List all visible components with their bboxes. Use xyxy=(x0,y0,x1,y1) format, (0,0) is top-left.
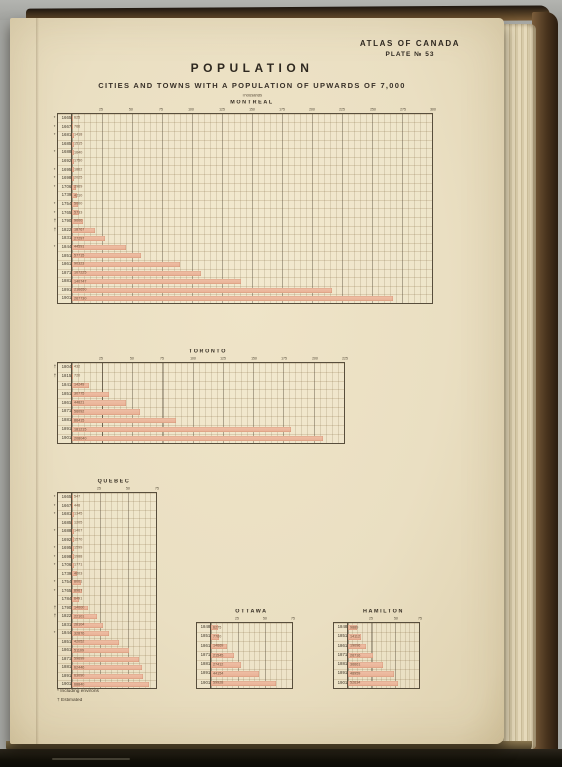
footnote-marker: † xyxy=(54,605,56,611)
axis-tick: 75 xyxy=(159,108,163,111)
population-bar xyxy=(72,288,332,293)
year-label: 1831. xyxy=(62,622,71,628)
year-label: 1848. xyxy=(201,624,210,631)
year-label: *1698. xyxy=(62,175,71,181)
year-label: *1681. xyxy=(62,511,71,517)
chart-row: 4603 xyxy=(72,570,156,579)
bar-value: 32876 xyxy=(74,632,84,636)
axis-tick: 250 xyxy=(370,108,376,111)
axis-tick: 100 xyxy=(189,108,195,111)
x-axis-ticks: 255075 xyxy=(71,486,157,492)
chart-row: 32876 xyxy=(72,629,156,638)
chart-row: 28104 xyxy=(72,621,156,630)
chart-row: 44591 xyxy=(72,243,432,252)
bar-value: 62446 xyxy=(74,666,84,670)
bar-value: 267730 xyxy=(74,297,86,301)
year-label: 1881. xyxy=(62,665,71,671)
population-bar xyxy=(72,418,176,423)
year-label: *1695. xyxy=(62,545,71,551)
bar-value: 1862 xyxy=(74,168,82,172)
bar-value: 42052 xyxy=(74,640,84,644)
bar-value: 44591 xyxy=(74,245,84,249)
year-label: 1851. xyxy=(62,639,71,645)
year-label: 1891. xyxy=(62,426,71,432)
bar-value: 6491 xyxy=(74,598,82,602)
bar-value: 86415 xyxy=(74,419,84,423)
bar-value: 216650 xyxy=(74,288,86,292)
bar-value: 14112 xyxy=(350,635,360,639)
chart-row: 86415 xyxy=(72,416,344,425)
axis-tick: 300 xyxy=(430,108,436,111)
bar-value: 36661 xyxy=(350,663,360,667)
year-label: *1681. xyxy=(62,132,71,138)
year-label: *1667. xyxy=(62,124,71,130)
axis-tick: 275 xyxy=(400,108,406,111)
bar-value: 4603 xyxy=(74,572,82,576)
footnote-marker: † xyxy=(54,364,56,370)
chart-row: 448 xyxy=(72,502,156,511)
footnote-environs: * Including environs xyxy=(57,689,99,694)
population-bar xyxy=(72,296,393,301)
chart-row: 766 xyxy=(72,123,432,132)
year-label: 1891. xyxy=(338,671,347,678)
year-label: 1831. xyxy=(62,236,71,242)
year-label: †1790. xyxy=(62,218,71,224)
chart-title: TORONTO xyxy=(85,349,332,355)
bar-value: 6275 xyxy=(213,626,221,630)
plate-header: ATLAS OF CANADA PLATE № 53 xyxy=(340,39,480,58)
bar-value: 140747 xyxy=(74,280,86,284)
footnote-marker: † xyxy=(54,373,56,379)
year-label: *1754. xyxy=(62,201,71,207)
year-label: *1844. xyxy=(62,244,71,250)
chart-row: 44154 xyxy=(211,670,292,679)
chart-row: 14669 xyxy=(211,642,292,651)
chart-row: 1771 xyxy=(72,561,156,570)
bar-value: 547 xyxy=(74,495,80,499)
chart-frame: 1848.1851.1861.1871.1881.1891.1901. 6275… xyxy=(196,622,293,689)
year-label: †1790. xyxy=(62,605,71,611)
year-label: 1851. xyxy=(338,634,347,641)
footnote-marker: * xyxy=(54,554,56,560)
bar-value: 448 xyxy=(74,504,80,508)
footnote-marker: * xyxy=(54,562,56,568)
footnote-marker: † xyxy=(54,227,56,233)
chart-row: 14000 xyxy=(72,604,156,613)
year-label: 1851. xyxy=(62,253,71,259)
bar-value: 8001 xyxy=(74,581,82,585)
year-label: 1685. xyxy=(62,141,71,147)
year-labels-column: 1848.1851.1861.1871.1881.1891.1901. xyxy=(334,623,348,688)
year-label: 1685. xyxy=(62,520,71,526)
chart-row: 51109 xyxy=(72,646,156,655)
chart-row: 1205 xyxy=(72,519,156,528)
footnote-marker: * xyxy=(54,244,56,250)
x-axis-ticks: 255075 xyxy=(347,616,420,622)
year-label: *1698. xyxy=(62,554,71,560)
axis-tick: 200 xyxy=(312,357,318,360)
bar-value: 766 xyxy=(74,125,80,129)
chart-title: MONTREAL xyxy=(89,100,415,106)
bar-value: 27297 xyxy=(74,237,84,241)
plate-number: PLATE № 53 xyxy=(340,51,480,58)
toronto-chart: TORONTO 255075100125150175200225 †1804.†… xyxy=(57,349,345,444)
bar-value: 18767 xyxy=(74,228,84,232)
plot-area: 9889141121909626716366614895952634 xyxy=(348,623,419,688)
bar-value: 57715 xyxy=(74,254,84,258)
bar-value: 1345 xyxy=(74,512,82,516)
footnote-marker: * xyxy=(54,588,56,594)
year-label: *1665. xyxy=(62,494,71,500)
bar-value: 2969 xyxy=(74,185,82,189)
year-label: 1881. xyxy=(62,418,71,424)
bar-value: 107225 xyxy=(74,271,86,275)
footnote-estimated: † Estimated xyxy=(57,698,82,703)
bar-value: 1988 xyxy=(74,555,82,559)
year-label: *1754. xyxy=(62,579,71,585)
bar-value: 52634 xyxy=(350,682,360,686)
bar-value: 44821 xyxy=(74,401,84,405)
year-label: 1861. xyxy=(201,643,210,650)
year-label: 1901. xyxy=(62,435,71,441)
montreal-chart: Thousands MONTREAL 255075100125150175200… xyxy=(57,94,433,304)
year-label: *1665. xyxy=(62,115,71,121)
footnote-marker: * xyxy=(54,545,56,551)
bar-value: 63090 xyxy=(74,674,84,678)
year-label: 1692. xyxy=(62,158,71,164)
chart-row: 1750 xyxy=(72,157,432,166)
year-label: 1861. xyxy=(62,647,71,653)
bar-value: 68840 xyxy=(74,683,84,687)
bar-value: 432 xyxy=(74,366,80,370)
chart-row: 14112 xyxy=(348,632,419,641)
footnote-marker: * xyxy=(54,494,56,500)
axis-tick: 25 xyxy=(99,357,103,360)
plot-area: 4327201424930775448215609286415181215208… xyxy=(72,363,344,443)
fine-print-smudge xyxy=(52,758,130,760)
chart-row: 63090 xyxy=(72,672,156,681)
ottawa-chart: OTTAWA 255075 1848.1851.1861.1871.1881.1… xyxy=(196,609,293,689)
bar-value: 1570 xyxy=(74,538,82,542)
year-label: *1706. xyxy=(62,184,71,190)
year-label: *1844. xyxy=(62,630,71,636)
year-label: 1881. xyxy=(201,661,210,668)
population-bar xyxy=(72,495,73,500)
population-bar xyxy=(72,427,291,432)
bar-value: 27412 xyxy=(213,663,223,667)
year-label: 1739. xyxy=(62,571,71,577)
chart-row: 140747 xyxy=(72,277,432,286)
footnote-marker: * xyxy=(54,210,56,216)
bar-value: 1407 xyxy=(74,529,82,533)
year-label: 1891. xyxy=(62,673,71,679)
chart-row: 267730 xyxy=(72,295,432,304)
axis-tick: 225 xyxy=(342,357,348,360)
page-title: POPULATION xyxy=(52,61,452,75)
atlas-name: ATLAS OF CANADA xyxy=(340,39,480,48)
bar-value: 59699 xyxy=(74,657,84,661)
year-label: 1871. xyxy=(62,656,71,662)
bar-value: 90323 xyxy=(74,263,84,267)
chart-row: 36661 xyxy=(348,660,419,669)
bar-value: 56092 xyxy=(74,410,84,414)
chart-title: HAMILTON xyxy=(351,609,417,615)
plot-area: 6257661418151516401750186220252969421050… xyxy=(72,114,432,303)
chart-row: 2969 xyxy=(72,183,432,192)
population-bar xyxy=(72,262,180,267)
year-label: †1822. xyxy=(62,613,71,619)
year-label: 1891. xyxy=(201,671,210,678)
footnote-marker: * xyxy=(54,503,56,509)
chart-row: 44821 xyxy=(72,399,344,408)
year-label: 1861. xyxy=(338,643,347,650)
chart-row: 1640 xyxy=(72,148,432,157)
bar-value: 22101 xyxy=(74,615,84,619)
footnote-marker: † xyxy=(54,218,56,224)
year-label: *1688. xyxy=(62,150,71,156)
bar-value: 2025 xyxy=(74,177,82,181)
chart-row: 52634 xyxy=(348,679,419,688)
chart-row: 7760 xyxy=(211,632,292,641)
chart-frame: *1665.*1667.*1681.1685.*1688.1692.*1695.… xyxy=(57,113,433,304)
bar-value: 26716 xyxy=(350,654,360,658)
chart-row: 1862 xyxy=(72,166,432,175)
chart-row: 1407 xyxy=(72,527,156,536)
year-label: 1871. xyxy=(62,270,71,276)
bar-value: 1418 xyxy=(74,134,82,138)
chart-row: 68840 xyxy=(72,680,156,689)
bar-value: 4210 xyxy=(74,194,82,198)
chart-row: 1599 xyxy=(72,544,156,553)
footnote-marker: * xyxy=(54,511,56,517)
chart-row: 27412 xyxy=(211,660,292,669)
bar-value: 19096 xyxy=(350,644,360,648)
year-label: 1901. xyxy=(201,680,210,687)
chart-row: 9889 xyxy=(348,623,419,632)
bar-value: 30775 xyxy=(74,392,84,396)
page-subtitle: CITIES AND TOWNS WITH A POPULATION OF UP… xyxy=(32,81,472,90)
year-label: †1822. xyxy=(62,227,71,233)
chart-row: 42052 xyxy=(72,638,156,647)
chart-row: 59699 xyxy=(72,655,156,664)
chart-frame: †1804.†1815.1841.1851.1861.1871.1881.189… xyxy=(57,362,345,444)
year-label: †1815. xyxy=(62,373,71,379)
year-label: 1692. xyxy=(62,537,71,543)
bar-value: 5733 xyxy=(74,211,82,215)
year-label: *1695. xyxy=(62,167,71,173)
year-labels-column: *1665.*1667.*1681.1685.*1688.1692.*1695.… xyxy=(58,114,72,303)
scanned-atlas-page: ATLAS OF CANADA PLATE № 53 POPULATION CI… xyxy=(0,0,562,767)
chart-frame: 1848.1851.1861.1871.1881.1891.1901. 9889… xyxy=(333,622,420,689)
bar-value: 8967 xyxy=(74,589,82,593)
bar-value: 9889 xyxy=(350,626,358,630)
bar-value: 59928 xyxy=(213,682,223,686)
chart-row: 8967 xyxy=(72,587,156,596)
footnote-marker: * xyxy=(54,150,56,156)
axis-tick: 50 xyxy=(129,108,133,111)
axis-tick: 150 xyxy=(249,108,255,111)
chart-row: 8001 xyxy=(72,578,156,587)
footnote-marker: * xyxy=(54,132,56,138)
bar-value: 14669 xyxy=(213,644,223,648)
bar-value: 7760 xyxy=(213,635,221,639)
year-labels-column: *1665.*1667.*1681.1685.*1688.1692.*1695.… xyxy=(58,493,72,688)
bar-value: 1205 xyxy=(74,521,82,525)
axis-tick: 25 xyxy=(369,617,373,620)
footnote-marker: * xyxy=(54,528,56,534)
axis-tick: 50 xyxy=(394,617,398,620)
year-label: *1667. xyxy=(62,503,71,509)
plot-area: 5474481345120514071570159919881771460380… xyxy=(72,493,156,688)
chart-row: 216650 xyxy=(72,286,432,295)
chart-row: 720 xyxy=(72,372,344,381)
plot-area: 627577601466921545274124415459928 xyxy=(211,623,292,688)
bar-value: 1515 xyxy=(74,142,82,146)
year-label: *1765. xyxy=(62,588,71,594)
bar-value: 44154 xyxy=(213,672,223,676)
hamilton-chart: HAMILTON 255075 1848.1851.1861.1871.1881… xyxy=(333,609,420,689)
chart-row: 547 xyxy=(72,493,156,502)
population-bar xyxy=(72,365,73,370)
year-label: *1688. xyxy=(62,528,71,534)
bar-value: 9000 xyxy=(74,220,82,224)
footnote-marker: * xyxy=(54,201,56,207)
chart-row: 9000 xyxy=(72,217,432,226)
book-page-edges xyxy=(500,24,536,749)
chart-row: 5000 xyxy=(72,200,432,209)
year-label: 1861. xyxy=(62,261,71,267)
bar-value: 14249 xyxy=(74,383,84,387)
chart-row: 107225 xyxy=(72,269,432,278)
chart-row: 1418 xyxy=(72,131,432,140)
axis-tick: 50 xyxy=(126,487,130,490)
bar-value: 1640 xyxy=(74,151,82,155)
year-label: 1901. xyxy=(62,296,71,302)
year-label: 1739. xyxy=(62,193,71,199)
population-bar xyxy=(72,279,241,284)
chart-title: QUEBEC xyxy=(75,479,152,485)
chart-row: 21545 xyxy=(211,651,292,660)
bar-value: 28104 xyxy=(74,623,84,627)
year-label: 1891. xyxy=(62,287,71,293)
axis-tick: 75 xyxy=(418,617,422,620)
chart-row: 4210 xyxy=(72,191,432,200)
year-label: 1851. xyxy=(201,634,210,641)
year-label: 1848. xyxy=(338,624,347,631)
footnote-marker: * xyxy=(54,579,56,585)
x-axis-ticks: 255075100125150175200225 xyxy=(71,356,345,362)
chart-row: 1515 xyxy=(72,140,432,149)
chart-row: 27297 xyxy=(72,234,432,243)
bar-value: 720 xyxy=(74,374,80,378)
footnote-marker: * xyxy=(54,175,56,181)
year-label: 1841. xyxy=(62,382,71,388)
chart-row: 1345 xyxy=(72,510,156,519)
bar-value: 51109 xyxy=(74,649,84,653)
year-labels-column: 1848.1851.1861.1871.1881.1891.1901. xyxy=(197,623,211,688)
bar-value: 48959 xyxy=(350,672,360,676)
chart-row: 14249 xyxy=(72,381,344,390)
bar-value: 208040 xyxy=(74,437,86,441)
bar-value: 14000 xyxy=(74,606,84,610)
x-axis-ticks: 255075 xyxy=(210,616,293,622)
axis-tick: 75 xyxy=(291,617,295,620)
chart-row: 5733 xyxy=(72,209,432,218)
year-label: *1706. xyxy=(62,562,71,568)
year-label: 1861. xyxy=(62,400,71,406)
chart-row: 59928 xyxy=(211,679,292,688)
chart-frame: *1665.*1667.*1681.1685.*1688.1692.*1695.… xyxy=(57,492,157,689)
chart-row: 1988 xyxy=(72,553,156,562)
axis-tick: 150 xyxy=(251,357,257,360)
chart-row: 56092 xyxy=(72,408,344,417)
year-label: 1871. xyxy=(62,409,71,415)
axis-tick: 75 xyxy=(160,357,164,360)
chart-row: 48959 xyxy=(348,670,419,679)
chart-row: 181215 xyxy=(72,425,344,434)
axis-tick: 100 xyxy=(190,357,196,360)
chart-row: 30775 xyxy=(72,390,344,399)
footnote-marker: * xyxy=(54,630,56,636)
year-label: 1901. xyxy=(62,682,71,688)
chart-row: 6275 xyxy=(211,623,292,632)
chart-row: 62446 xyxy=(72,663,156,672)
axis-tick: 50 xyxy=(263,617,267,620)
bar-value: 625 xyxy=(74,116,80,120)
bar-value: 1771 xyxy=(74,564,82,568)
population-bar xyxy=(72,436,323,441)
footnote-marker: * xyxy=(54,115,56,121)
chart-row: 208040 xyxy=(72,434,344,443)
year-label: 1881. xyxy=(338,661,347,668)
axis-tick: 225 xyxy=(340,108,346,111)
quebec-chart: QUEBEC 255075 *1665.*1667.*1681.1685.*16… xyxy=(57,479,157,689)
year-labels-column: †1804.†1815.1841.1851.1861.1871.1881.189… xyxy=(58,363,72,443)
chart-title: OTTAWA xyxy=(214,609,289,615)
axis-unit-label: Thousands xyxy=(129,94,375,98)
chart-row: 26716 xyxy=(348,651,419,660)
chart-row: 18767 xyxy=(72,226,432,235)
atlas-page: ATLAS OF CANADA PLATE № 53 POPULATION CI… xyxy=(10,18,504,744)
chart-row: 90323 xyxy=(72,260,432,269)
year-label: 1871. xyxy=(201,652,210,659)
year-label: 1851. xyxy=(62,391,71,397)
axis-tick: 50 xyxy=(130,357,134,360)
bar-value: 1599 xyxy=(74,546,82,550)
bar-value: 5000 xyxy=(74,202,82,206)
population-bar xyxy=(72,374,73,379)
year-label: 1871. xyxy=(338,652,347,659)
axis-tick: 25 xyxy=(99,108,103,111)
footnote-marker: * xyxy=(54,184,56,190)
footnote-marker: * xyxy=(54,124,56,130)
axis-tick: 75 xyxy=(155,487,159,490)
axis-tick: 25 xyxy=(98,487,102,490)
axis-tick: 175 xyxy=(281,357,287,360)
population-bar xyxy=(72,503,73,508)
axis-tick: 125 xyxy=(219,108,225,111)
chart-row: 57715 xyxy=(72,252,432,261)
page-gutter-crease xyxy=(36,18,39,744)
year-label: †1804. xyxy=(62,364,71,370)
axis-tick: 200 xyxy=(309,108,315,111)
chart-row: 19096 xyxy=(348,642,419,651)
x-axis-ticks: 255075100125150175200225250275300 xyxy=(71,107,433,113)
chart-row: 22101 xyxy=(72,612,156,621)
bar-value: 21545 xyxy=(213,654,223,658)
bar-value: 181215 xyxy=(74,428,86,432)
axis-tick: 125 xyxy=(220,357,226,360)
